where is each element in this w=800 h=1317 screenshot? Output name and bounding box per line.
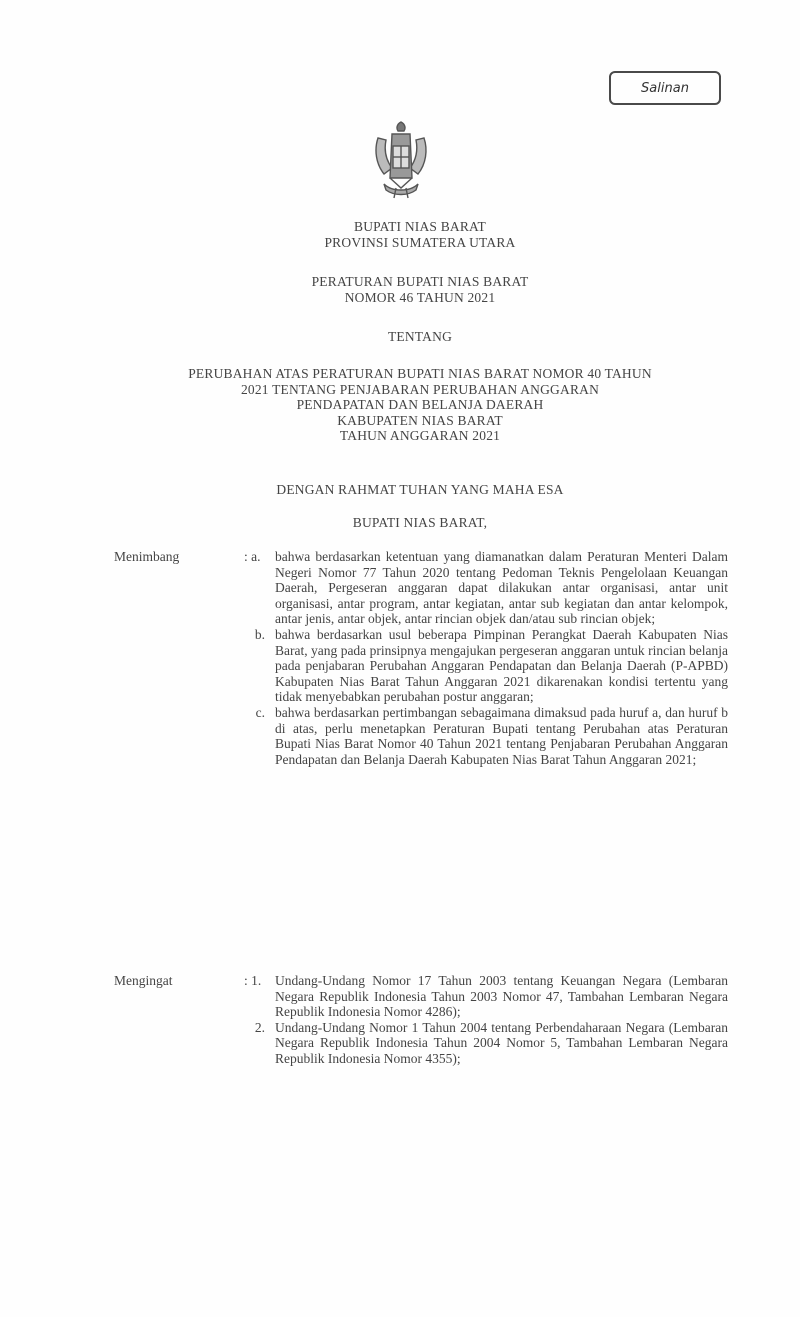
title-line: KABUPATEN NIAS BARAT — [0, 413, 800, 429]
issuer-signature-title: BUPATI NIAS BARAT, — [0, 515, 800, 531]
salinan-stamp: Salinan — [609, 71, 721, 105]
menimbang-item-a: : a. bahwa berdasarkan ketentuan yang di… — [244, 549, 728, 627]
item-marker: c. — [244, 705, 275, 767]
menimbang-item-c: c. bahwa berdasarkan pertimbangan sebaga… — [244, 705, 728, 767]
tentang-label: TENTANG — [0, 329, 800, 345]
mengingat-item-2: 2. Undang-Undang Nomor 1 Tahun 2004 tent… — [244, 1020, 728, 1067]
issuer-header: BUPATI NIAS BARAT PROVINSI SUMATERA UTAR… — [0, 219, 800, 250]
regulation-line: PERATURAN BUPATI NIAS BARAT — [0, 274, 800, 290]
document-page: Salinan BUPATI NIAS BARAT PROVINSI SUMAT… — [0, 0, 800, 1317]
item-marker: 2. — [244, 1020, 275, 1067]
item-text: Undang-Undang Nomor 17 Tahun 2003 tentan… — [275, 973, 728, 1020]
item-text: bahwa berdasarkan usul beberapa Pimpinan… — [275, 627, 728, 705]
item-text: Undang-Undang Nomor 1 Tahun 2004 tentang… — [275, 1020, 728, 1067]
header-line: PROVINSI SUMATERA UTARA — [0, 235, 800, 251]
item-text: bahwa berdasarkan ketentuan yang diamana… — [275, 549, 728, 627]
title-line: TAHUN ANGGARAN 2021 — [0, 428, 800, 444]
header-line: BUPATI NIAS BARAT — [0, 219, 800, 235]
mengingat-label: Mengingat — [114, 973, 173, 989]
regulation-line: NOMOR 46 TAHUN 2021 — [0, 290, 800, 306]
title-line: 2021 TENTANG PENJABARAN PERUBAHAN ANGGAR… — [0, 382, 800, 398]
mengingat-item-1: : 1. Undang-Undang Nomor 17 Tahun 2003 t… — [244, 973, 728, 1020]
title-line: PENDAPATAN DAN BELANJA DAERAH — [0, 397, 800, 413]
menimbang-label: Menimbang — [114, 549, 179, 565]
item-marker: b. — [244, 627, 275, 705]
menimbang-item-b: b. bahwa berdasarkan usul beberapa Pimpi… — [244, 627, 728, 705]
regulation-title: PERUBAHAN ATAS PERATURAN BUPATI NIAS BAR… — [0, 366, 800, 444]
regulation-number: PERATURAN BUPATI NIAS BARAT NOMOR 46 TAH… — [0, 274, 800, 305]
item-text: bahwa berdasarkan pertimbangan sebagaima… — [275, 705, 728, 767]
mengingat-list: : 1. Undang-Undang Nomor 17 Tahun 2003 t… — [244, 973, 728, 1067]
item-marker: : 1. — [244, 973, 275, 1020]
item-marker: : a. — [244, 549, 275, 627]
garuda-emblem-icon — [370, 118, 432, 202]
invocation: DENGAN RAHMAT TUHAN YANG MAHA ESA — [0, 482, 800, 498]
title-line: PERUBAHAN ATAS PERATURAN BUPATI NIAS BAR… — [0, 366, 800, 382]
menimbang-list: : a. bahwa berdasarkan ketentuan yang di… — [244, 549, 728, 767]
